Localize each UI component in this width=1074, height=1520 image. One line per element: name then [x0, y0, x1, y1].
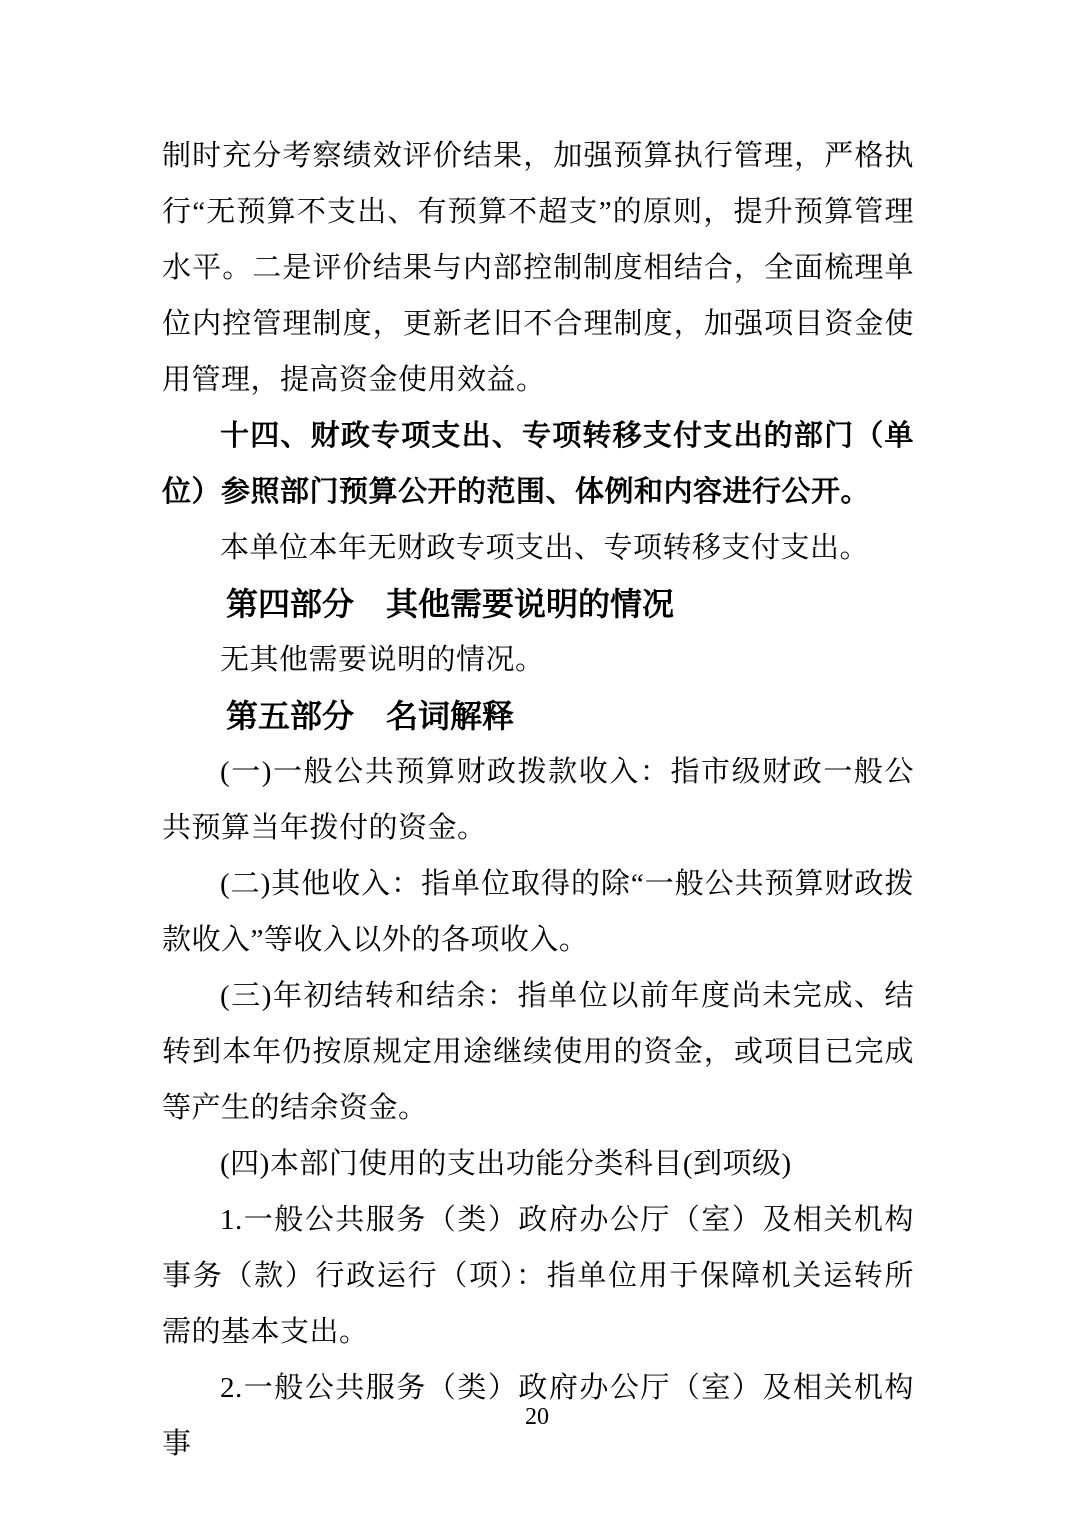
term-definition-other-income: (二)其他收入：指单位取得的除“一般公共预算财政拨款收入”等收入以外的各项收入。 [162, 856, 914, 968]
term-definition-general-budget-income: (一)一般公共预算财政拨款收入：指市级财政一般公共预算当年拨付的资金。 [162, 744, 914, 856]
term-definition-carryover-surplus: (三)年初结转和结余：指单位以前年度尚未完成、结转到本年仍按原规定用途继续使用的… [162, 968, 914, 1136]
paragraph-continuation: 制时充分考察绩效评价结果，加强预算执行管理，严格执行“无预算不支出、有预算不超支… [162, 128, 914, 408]
paragraph-no-special-expenditure: 本单位本年无财政专项支出、专项转移支付支出。 [162, 520, 914, 576]
heading-part-four: 第四部分 其他需要说明的情况 [162, 576, 914, 632]
document-page: 制时充分考察绩效评价结果，加强预算执行管理，严格执行“无预算不支出、有预算不超支… [0, 0, 1074, 1520]
paragraph-no-other-notes: 无其他需要说明的情况。 [162, 632, 914, 688]
page-number: 20 [0, 1402, 1074, 1432]
document-body: 制时充分考察绩效评价结果，加强预算执行管理，严格执行“无预算不支出、有预算不超支… [162, 128, 914, 1472]
heading-part-five: 第五部分 名词解释 [162, 688, 914, 744]
subject-item-administrative-operation: 1.一般公共服务（类）政府办公厅（室）及相关机构事务（款）行政运行（项）：指单位… [162, 1192, 914, 1360]
section-14-bold-paragraph: 十四、财政专项支出、专项转移支付支出的部门（单位）参照部门预算公开的范围、体例和… [162, 408, 914, 520]
term-definition-expenditure-classification: (四)本部门使用的支出功能分类科目(到项级) [162, 1136, 914, 1192]
